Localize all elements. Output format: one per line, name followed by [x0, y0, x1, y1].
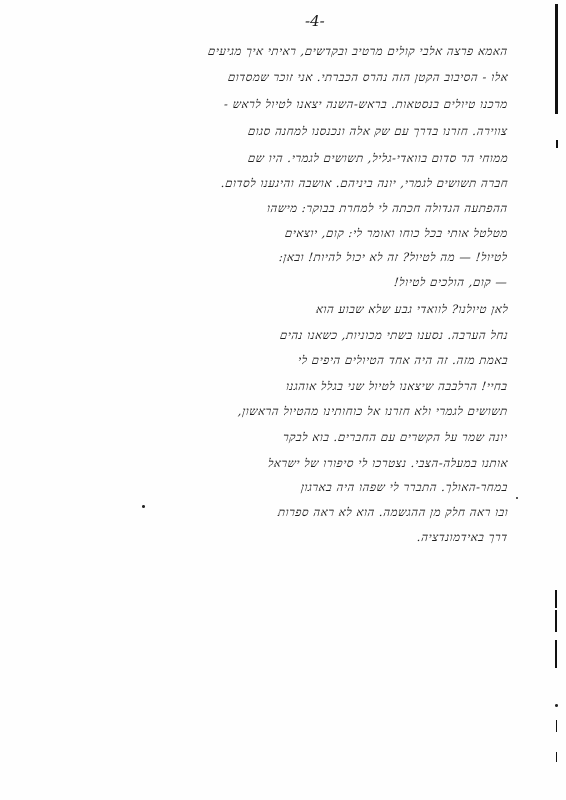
text-line: באמת מזה. זה היה אחד הטיולים היפים לי: [297, 353, 509, 367]
text-line: — קום, הולכים לטיול!: [394, 275, 509, 289]
scan-speck: [555, 704, 558, 707]
text-line: במחר-האולך. התברר לי שפהו היה בארגון: [300, 480, 508, 494]
scan-speck: [516, 497, 518, 499]
text-line: אלו - הסיבוב הקטן הזה נהרס הכברתי. אני ז…: [227, 70, 509, 84]
page-number: -4-: [305, 12, 325, 30]
text-line: צווירה. חזרנו בדרך עם שק אלה ונכנסנו למח…: [248, 124, 509, 138]
text-line: מרכנו טיולים בנסטאות. בראש-השנה יצאנו לט…: [223, 97, 508, 111]
scan-edge-mark: [555, 4, 558, 114]
scan-edge-mark: [556, 752, 557, 762]
text-line: האמא פרצה אלבי קולים מרטיב ובקדשים, ראית…: [207, 44, 508, 58]
scan-speck: [142, 505, 145, 508]
text-line: ההפתעה הגדולה חכתה לי למחרת בבוקר: מישהו: [266, 201, 508, 215]
text-line: לטיול! — מה לטיול? זה לא יכול להיות! ובא…: [279, 250, 509, 264]
scan-edge-mark: [556, 140, 558, 148]
text-line: יונה שמר על הקשרים עם החברים. בוא לבקר: [283, 430, 509, 444]
text-line: מטלטל אותי בכל כוחו ואומר לי: קום, יוצאי…: [284, 226, 508, 240]
text-line: ובו ראה חלק מן ההגשמה. הוא לא ראה ספרות: [277, 505, 509, 519]
text-line: אותנו במעלה-הצבי. נצטרכו לי סיפורו של יש…: [267, 456, 509, 470]
scan-edge-mark: [555, 640, 557, 668]
text-line: דרך באידמונדציה.: [416, 530, 508, 544]
text-line: בחיי! הרלבבה שיצאנו לטיול שני בגלל אוהגנ…: [286, 379, 509, 393]
text-line: תשושים לגמרי ולא חזרנו אל כוחותינו מהטיו…: [238, 404, 509, 418]
scan-edge-mark: [556, 720, 557, 732]
text-line: נחל הערבה. נסענו בשתי מכוניות, כשאנו נהי…: [279, 328, 509, 342]
document-page: -4- האמא פרצה אלבי קולים מרטיב ובקדשים, …: [0, 0, 566, 800]
text-line: ממוחי הר סדום בוואדי-גליל, תשושים לגמרי.…: [247, 151, 509, 165]
scan-edge-mark: [555, 590, 557, 608]
scan-edge-mark: [555, 610, 557, 632]
text-line: חברה תשושים לגמרי, יונה ביניהם. אושבה וה…: [220, 176, 509, 190]
text-line: לאן טיולנו? לוואדי גבע שלא שבוע הוא: [315, 302, 509, 316]
